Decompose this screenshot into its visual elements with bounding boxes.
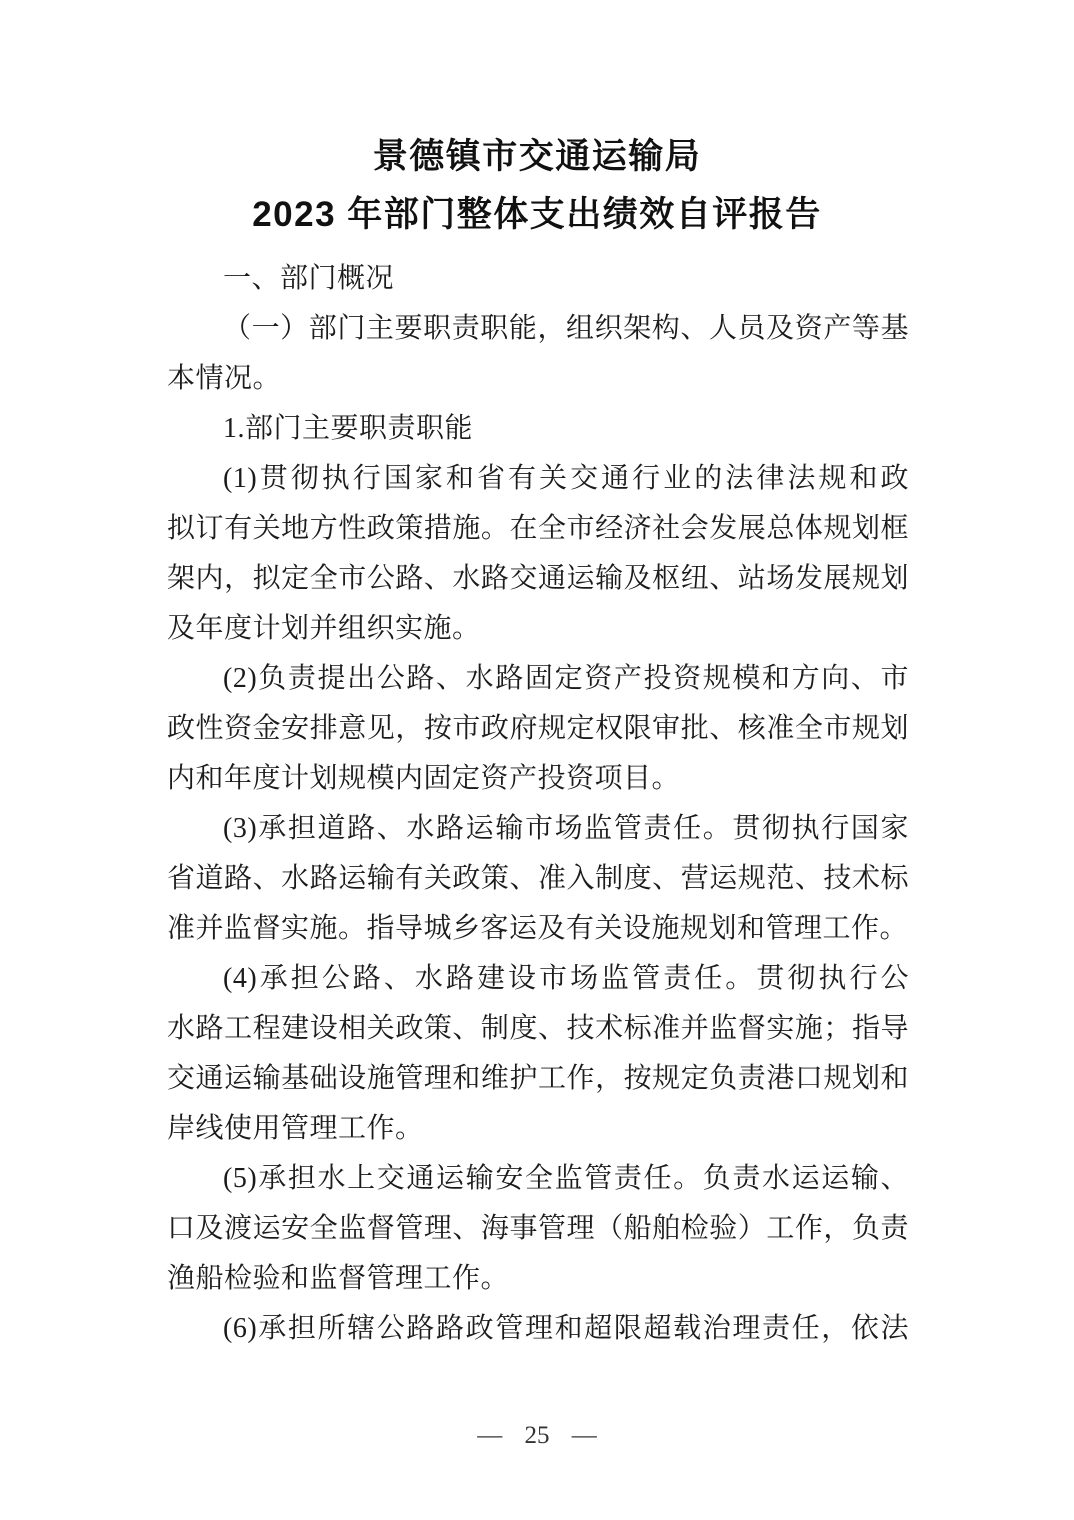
document-line: 水路工程建设相关政策、制度、技术标准并监督实施；指导	[167, 1004, 909, 1054]
document-line: (5)承担水上交通运输安全监管责任。负责水运运输、港	[167, 1154, 909, 1204]
document-line: 渔船检验和监督管理工作。	[167, 1254, 909, 1304]
document-line: 岸线使用管理工作。	[167, 1104, 909, 1154]
document-body: 一、部门概况（一）部门主要职责职能，组织架构、人员及资产等基本情况。1.部门主要…	[167, 254, 909, 1354]
document-page: 景德镇市交通运输局 2023 年部门整体支出绩效自评报告 一、部门概况（一）部门…	[0, 0, 1074, 1520]
document-line: 1.部门主要职责职能	[167, 404, 909, 454]
document-line: 政性资金安排意见，按市政府规定权限审批、核准全市规划	[167, 704, 909, 754]
document-line: 架内，拟定全市公路、水路交通运输及枢纽、站场发展规划	[167, 554, 909, 604]
document-line: 及年度计划并组织实施。	[167, 604, 909, 654]
page-title: 景德镇市交通运输局	[0, 128, 1074, 186]
document-line: 准并监督实施。指导城乡客运及有关设施规划和管理工作。	[167, 904, 909, 954]
document-line: 内和年度计划规模内固定资产投资项目。	[167, 754, 909, 804]
document-line: (3)承担道路、水路运输市场监管责任。贯彻执行国家和	[167, 804, 909, 854]
document-line: (1)贯彻执行国家和省有关交通行业的法律法规和政策，	[167, 454, 909, 504]
document-line: 拟订有关地方性政策措施。在全市经济社会发展总体规划框	[167, 504, 909, 554]
page-subtitle: 2023 年部门整体支出绩效自评报告	[0, 186, 1074, 244]
document-line: （一）部门主要职责职能，组织架构、人员及资产等基	[167, 304, 909, 354]
page-number: — 25 —	[477, 1422, 597, 1449]
document-line: 一、部门概况	[167, 254, 909, 304]
document-line: (4)承担公路、水路建设市场监管责任。贯彻执行公路、	[167, 954, 909, 1004]
document-line: 口及渡运安全监督管理、海事管理（船舶检验）工作，负责	[167, 1204, 909, 1254]
document-line: (2)负责提出公路、水路固定资产投资规模和方向、市财	[167, 654, 909, 704]
document-line: 本情况。	[167, 354, 909, 404]
page-footer: — 25 —	[0, 1422, 1074, 1450]
document-line: (6)承担所辖公路路政管理和超限超载治理责任，依法维	[167, 1304, 909, 1354]
document-line: 省道路、水路运输有关政策、准入制度、营运规范、技术标	[167, 854, 909, 904]
document-line: 交通运输基础设施管理和维护工作，按规定负责港口规划和	[167, 1054, 909, 1104]
